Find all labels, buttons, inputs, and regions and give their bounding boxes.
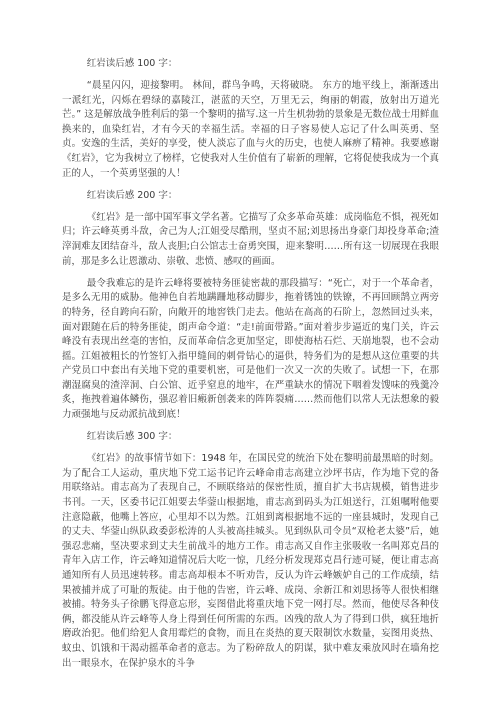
- paragraph-100-1: “晨星闪闪，迎接黎明。 林间，群鸟争鸣，天将破晓。 东方的地平线上，渐渐透出一派…: [62, 79, 439, 181]
- section-heading-200: 红岩读后感 200 字：: [62, 189, 439, 204]
- section-heading-100: 红岩读后感 100 字：: [62, 57, 439, 72]
- paragraph-200-2: 最令我难忘的是许云峰将要被特务匪徒密裁的那段描写：“死亡，对于一个革命者，是多么…: [62, 277, 439, 423]
- paragraph-200-1: 《红岩》是一部中国军事文学名著。它描写了众多革命英雄：成岗临危不惧，视死如归；许…: [62, 211, 439, 269]
- document-page: 红岩读后感 100 字： “晨星闪闪，迎接黎明。 林间，群鸟争鸣，天将破晓。 东…: [62, 57, 439, 679]
- section-heading-300: 红岩读后感 300 字：: [62, 430, 439, 445]
- paragraph-300-1: 《红岩》的故事情节如下：1948 年，在国民党的统治下处在黎明前最黑暗的时刻。为…: [62, 452, 439, 671]
